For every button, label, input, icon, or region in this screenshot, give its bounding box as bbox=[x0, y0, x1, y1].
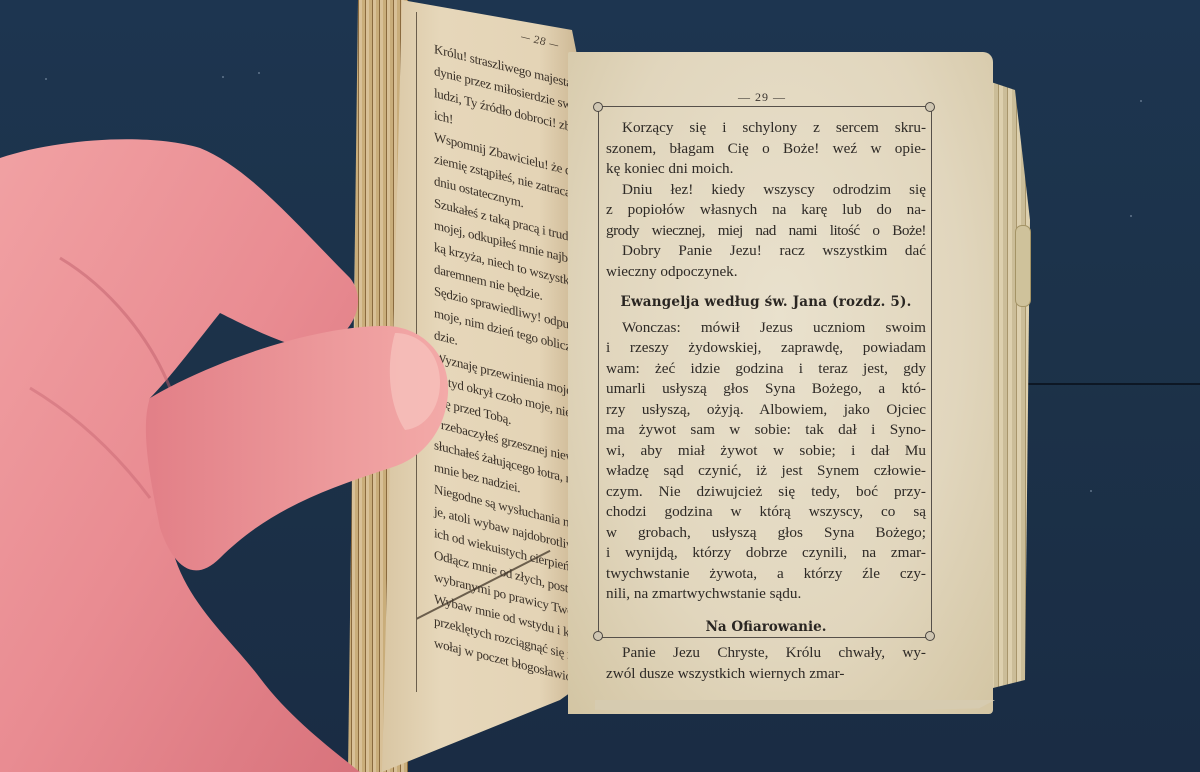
right-page-number: — 29 — bbox=[738, 90, 786, 105]
text-line: Wonczas: mówił Jezus uczniom swoim bbox=[606, 318, 926, 339]
page-tab bbox=[1015, 225, 1031, 307]
gospel-paragraph: Wonczas: mówił Jezus uczniom swoimi rzes… bbox=[606, 318, 926, 605]
text-line: szonem, błagam Cię o Boże! weź w opie- bbox=[606, 139, 926, 160]
board-crack bbox=[1020, 383, 1200, 385]
frame-corner-ornament bbox=[593, 631, 603, 641]
text-line: twychwstanie żywota, a którzy źle czy- bbox=[606, 564, 926, 585]
text-line: w grobach, usłyszą głos Syna Bożego; bbox=[606, 523, 926, 544]
text-line: z popiołów własnych na karę lub do na- bbox=[606, 200, 926, 221]
dust-speck bbox=[45, 78, 47, 80]
text-line: umarli usłyszą głos Syna Bożego, a któ- bbox=[606, 379, 926, 400]
right-page-text: Korzący się i schylony z sercem skru- sz… bbox=[606, 118, 926, 684]
text-line: Dobry Panie Jezu! racz wszystkim dać bbox=[606, 241, 926, 262]
text-line: ma żywot sam w sobie: tak dał i Syno- bbox=[606, 420, 926, 441]
text-line: grody wiecznej, miej nad nami litość o B… bbox=[606, 221, 926, 242]
paragraph: Dniu łez! kiedy wszyscy odrodzim się z p… bbox=[606, 180, 926, 242]
frame-corner-ornament bbox=[925, 102, 935, 112]
dust-speck bbox=[1090, 490, 1092, 492]
text-line: Korzący się i schylony z sercem skru- bbox=[606, 118, 926, 139]
offertory-heading: Na Ofiarowanie. bbox=[606, 617, 926, 638]
gospel-heading: Ewangelja według św. Jana (rozdz. 5). bbox=[606, 292, 926, 313]
text-line: wam: żeć idzie godzina i teraz jest, gdy bbox=[606, 359, 926, 380]
paragraph: Dobry Panie Jezu! racz wszystkim dać wie… bbox=[606, 241, 926, 282]
frame-corner-ornament bbox=[593, 102, 603, 112]
text-line: zwól dusze wszystkich wiernych zmar- bbox=[606, 664, 926, 685]
dust-speck bbox=[1130, 215, 1132, 217]
text-line: Dniu łez! kiedy wszyscy odrodzim się bbox=[606, 180, 926, 201]
dust-speck bbox=[258, 72, 260, 74]
offertory-paragraph: Panie Jezu Chryste, Królu chwały, wy-zwó… bbox=[606, 643, 926, 684]
hand bbox=[0, 138, 460, 772]
text-line: Panie Jezu Chryste, Królu chwały, wy- bbox=[606, 643, 926, 664]
text-line: rzy usłyszą, ożyją. Albowiem, jako Ojcie… bbox=[606, 400, 926, 421]
text-line: chodzi godzina w którą wszyscy, co są bbox=[606, 502, 926, 523]
text-line: kę koniec dni moich. bbox=[606, 159, 926, 180]
paragraph: Korzący się i schylony z sercem skru- sz… bbox=[606, 118, 926, 180]
text-line: czym. Nie dziwujcież się tedy, boć przy- bbox=[606, 482, 926, 503]
dust-speck bbox=[222, 76, 224, 78]
text-line: wieczny odpoczynek. bbox=[606, 262, 926, 283]
frame-corner-ornament bbox=[925, 631, 935, 641]
text-line: władzę sąd czynić, iż jest Synem człowie… bbox=[606, 461, 926, 482]
text-line: wi, aby miał żywot w sobie; i dał Mu bbox=[606, 441, 926, 462]
text-line: nili, na zmartwychwstanie sądu. bbox=[606, 584, 926, 605]
text-line: i rzeszy żydowskiej, zaprawdę, powiadam bbox=[606, 338, 926, 359]
text-line: i wynijdą, którzy dobrze czynili, na zma… bbox=[606, 543, 926, 564]
dust-speck bbox=[1140, 100, 1142, 102]
